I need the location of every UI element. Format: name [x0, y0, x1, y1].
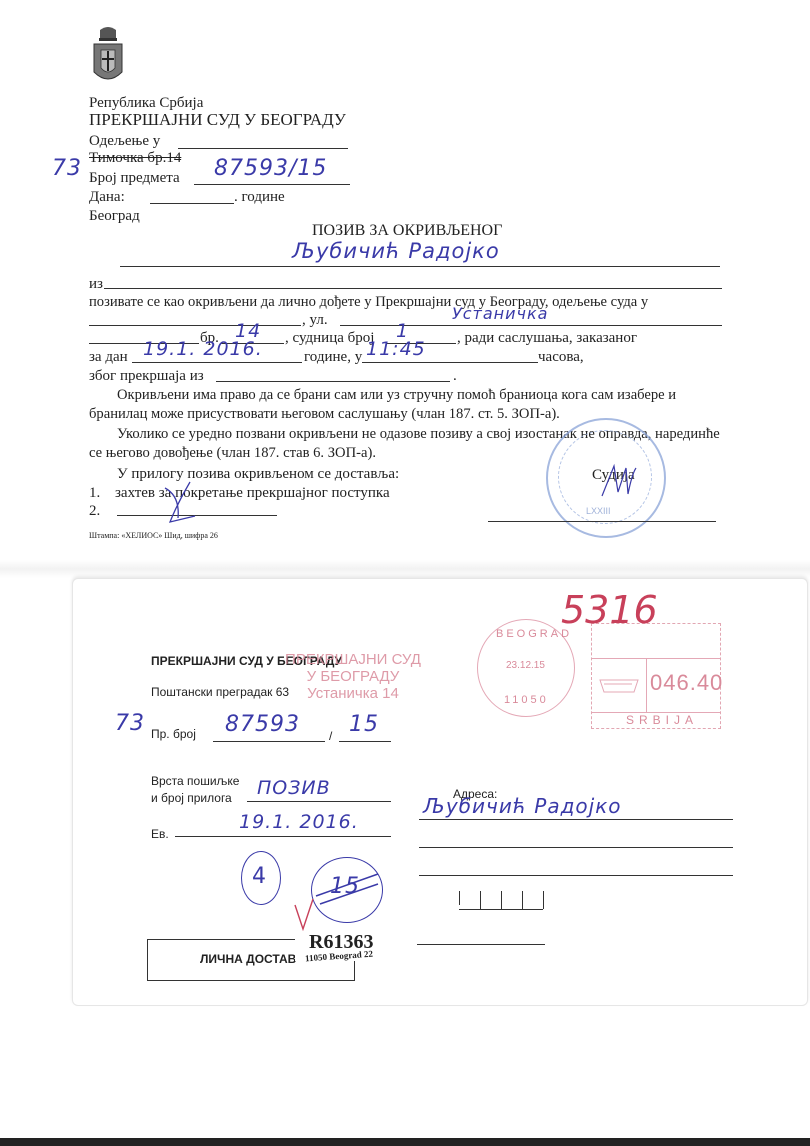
case-year: 15 [349, 716, 379, 734]
address-line-2 [419, 847, 733, 848]
from-label: из [89, 275, 103, 293]
defendant-line [120, 266, 720, 267]
court-name: ПРЕКРШАЈНИ СУД У БЕОГРАДУ [89, 111, 346, 129]
postmark: BEOGRAD 23.12.15 11050 [477, 619, 575, 717]
document-title: ПОЗИВ ЗА ОКРИВЉЕНОГ [312, 222, 502, 240]
offense-period: . [453, 367, 457, 385]
city-line [417, 944, 545, 945]
case-value: 87593 [225, 716, 300, 734]
coat-of-arms-icon [92, 26, 124, 90]
paragraph-right-to-defense: Окривљени има право да се брани сам или … [89, 386, 724, 424]
scan-edge [0, 1138, 810, 1146]
year-label: године, у [304, 348, 362, 366]
time-line [362, 362, 538, 363]
hearing-text: , ради саслушања, заказаног [457, 329, 637, 347]
red-return-stamp: ПРЕКРШАЈНИ СУД У БЕОГРАДУ Устаничка 14 [273, 651, 433, 702]
date-suffix: . године [234, 188, 285, 206]
time-value: 11:45 [366, 340, 426, 358]
cross-mark-icon [160, 478, 200, 526]
hours-label: часова, [538, 348, 584, 366]
registered-label: R61363 11050 Beograd 22 [295, 931, 395, 961]
attachment-1-num: 1. [89, 484, 100, 502]
date-line [150, 203, 234, 204]
department-value: Тимочка бр.14 [89, 149, 181, 167]
postage-meter: 046.40 SRBIJA [591, 623, 721, 729]
case-year-line [339, 741, 391, 742]
body-line-1: позивате се као окривљени да лично дођет… [89, 293, 648, 311]
case-number-line [194, 184, 350, 185]
day-label: за дан [89, 348, 128, 366]
postal-code-boxes [459, 889, 543, 910]
day-value: 19.1. 2016. [143, 340, 263, 358]
ev-line [175, 836, 391, 837]
circled-note-1: 4 [241, 851, 281, 905]
envelope: ПРЕКРШАЈНИ СУД У БЕОГРАДУ ПРЕКРШАЈНИ СУД… [72, 578, 808, 1006]
ev-value: 19.1. 2016. [239, 813, 359, 831]
attachment-1-text: захтев за покретање прекршајног поступка [115, 484, 390, 502]
case-slash: / [329, 727, 332, 745]
offense-line [216, 381, 450, 382]
case-number-value: 87593/15 [214, 160, 327, 178]
judge-signature-line [488, 521, 716, 522]
judge-signature [598, 460, 638, 500]
postage-value: 046.40 [650, 670, 723, 696]
delivery-label: ЛИЧНА ДОСТАВ [200, 952, 296, 966]
offense-label: због прекршаја из [89, 367, 204, 385]
case-label: Пр. број [151, 725, 196, 743]
date-label: Дана: [89, 188, 125, 206]
from-line [104, 288, 722, 289]
address-line-3 [419, 875, 733, 876]
ev-label: Ев. [151, 825, 169, 843]
post-logo-icon [598, 672, 642, 696]
department-label: Одељење у [89, 132, 160, 150]
department-blank-line [89, 325, 301, 326]
street-label: , ул. [302, 311, 328, 329]
red-check-mark-icon [293, 897, 315, 931]
day-line [132, 362, 302, 363]
type-label-1: Врста пошиљке [151, 772, 239, 790]
city-label: Београд [89, 207, 140, 225]
courtroom-label: , судница број [285, 329, 374, 347]
case-number-label: Број предмета [89, 169, 180, 187]
case-line [213, 741, 325, 742]
address-name: Љубичић Радојко [423, 797, 622, 815]
street-value: Устаничка [452, 305, 548, 323]
envelope-margin-note: 73 [115, 715, 145, 733]
type-line [247, 801, 391, 802]
printer-note: Штампа: «ХЕЛИОС» Шид, шифра 26 [89, 527, 218, 545]
address-line-1 [419, 819, 733, 820]
margin-note: 73 [52, 160, 82, 178]
summons-page: Република Србија ПРЕКРШАЈНИ СУД У БЕОГРА… [0, 0, 810, 560]
defendant-name: Љубичић Радојко [292, 242, 500, 260]
red-handwritten-number: 5316 [561, 601, 658, 619]
type-label-2: и број прилога [151, 789, 232, 807]
attachment-2-num: 2. [89, 502, 100, 520]
page-separator [0, 560, 810, 578]
postage-country: SRBIJA [626, 713, 698, 727]
department-line [178, 148, 348, 149]
po-box: Поштански преградак 63 [151, 683, 289, 701]
type-value: ПОЗИВ [257, 779, 331, 797]
circled-note-2: 15 [311, 857, 383, 923]
